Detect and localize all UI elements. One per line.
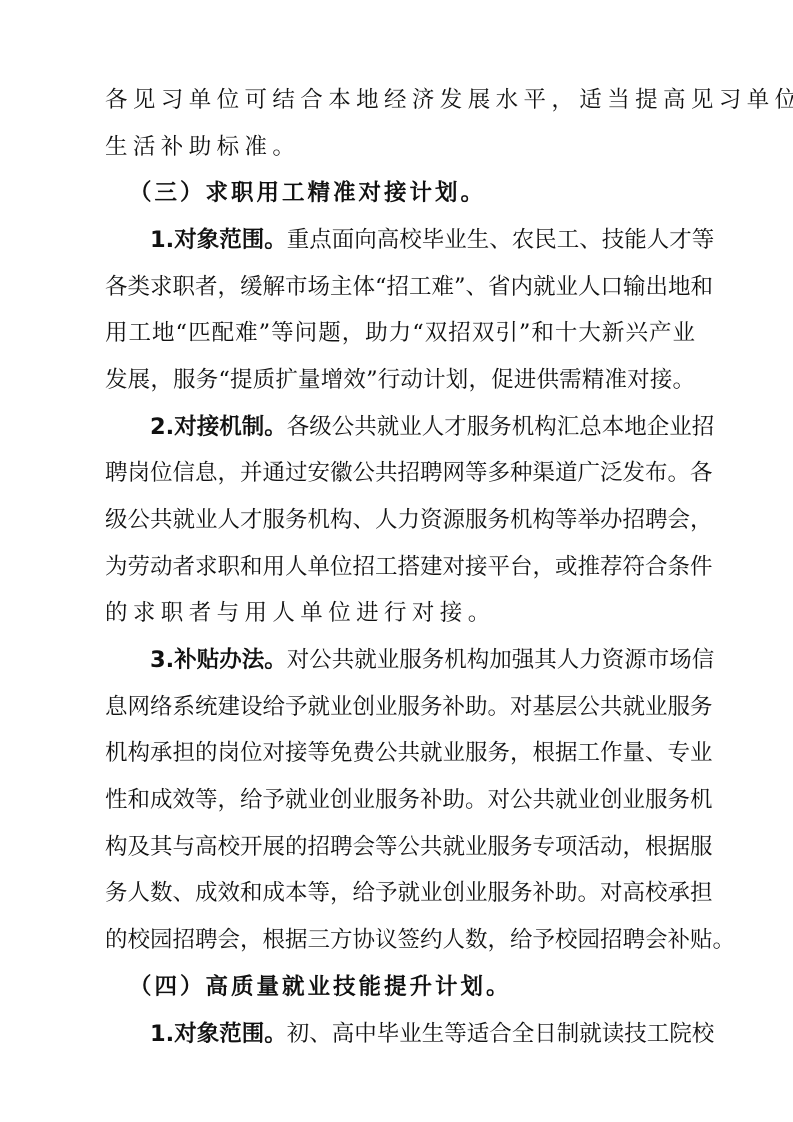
paragraph-line: 性和成效等，给予就业创业服务补助。对公共就业创业服务机 <box>105 785 695 815</box>
item-lead-label: 1.对象范围。 <box>150 227 287 253</box>
item-text: 对公共就业服务机构加强其人力资源市场信 <box>287 647 715 673</box>
paragraph-line: 用工地“匹配难”等问题，助力“双招双引”和十大新兴产业 <box>105 318 695 348</box>
item-text: 重点面向高校毕业生、农民工、技能人才等 <box>287 227 715 253</box>
paragraph-line: 1.对象范围。重点面向高校毕业生、农民工、技能人才等 <box>150 225 695 255</box>
item-text: 初、高中毕业生等适合全日制就读技工院校 <box>287 1021 715 1047</box>
item-text: 各级公共就业人才服务机构汇总本地企业招 <box>287 414 715 440</box>
paragraph-line: 的校园招聘会，根据三方协议签约人数，给予校园招聘会补贴。 <box>105 925 695 955</box>
paragraph-line: 发展，服务“提质扩量增效”行动计划，促进供需精准对接。 <box>105 365 695 395</box>
paragraph-line: 2.对接机制。各级公共就业人才服务机构汇总本地企业招 <box>150 412 695 442</box>
paragraph-line: 各类求职者，缓解市场主体“招工难”、省内就业人口输出地和 <box>105 272 695 302</box>
section-heading-4: （四）高质量就业技能提升计划。 <box>129 972 549 1002</box>
paragraph-line: 机构承担的岗位对接等免费公共就业服务，根据工作量、专业 <box>105 738 695 768</box>
paragraph-line: 3.补贴办法。对公共就业服务机构加强其人力资源市场信 <box>150 645 695 675</box>
document-page: 各见习单位可结合本地经济发展水平，适当提高见习单位基本 生活补助标准。 （三）求… <box>0 0 793 1122</box>
item-lead-label: 3.补贴办法。 <box>150 647 287 673</box>
paragraph-line: 的求职者与用人单位进行对接。 <box>105 598 695 628</box>
section-heading-3: （三）求职用工精准对接计划。 <box>129 178 549 208</box>
item-lead-label: 1.对象范围。 <box>150 1021 287 1047</box>
paragraph-line: 构及其与高校开展的招聘会等公共就业服务专项活动，根据服 <box>105 832 695 862</box>
paragraph-line: 1.对象范围。初、高中毕业生等适合全日制就读技工院校 <box>150 1019 695 1049</box>
item-lead-label: 2.对接机制。 <box>150 414 287 440</box>
paragraph-line: 级公共就业人才服务机构、人力资源服务机构等举办招聘会， <box>105 505 695 535</box>
paragraph-line: 为劳动者求职和用人单位招工搭建对接平台，或推荐符合条件 <box>105 552 695 582</box>
paragraph-line: 务人数、成效和成本等，给予就业创业服务补助。对高校承担 <box>105 878 695 908</box>
paragraph-line: 各见习单位可结合本地经济发展水平，适当提高见习单位基本 <box>105 85 695 115</box>
paragraph-line: 聘岗位信息，并通过安徽公共招聘网等多种渠道广泛发布。各 <box>105 458 695 488</box>
paragraph-line: 生活补助标准。 <box>105 132 695 162</box>
paragraph-line: 息网络系统建设给予就业创业服务补助。对基层公共就业服务 <box>105 692 695 722</box>
